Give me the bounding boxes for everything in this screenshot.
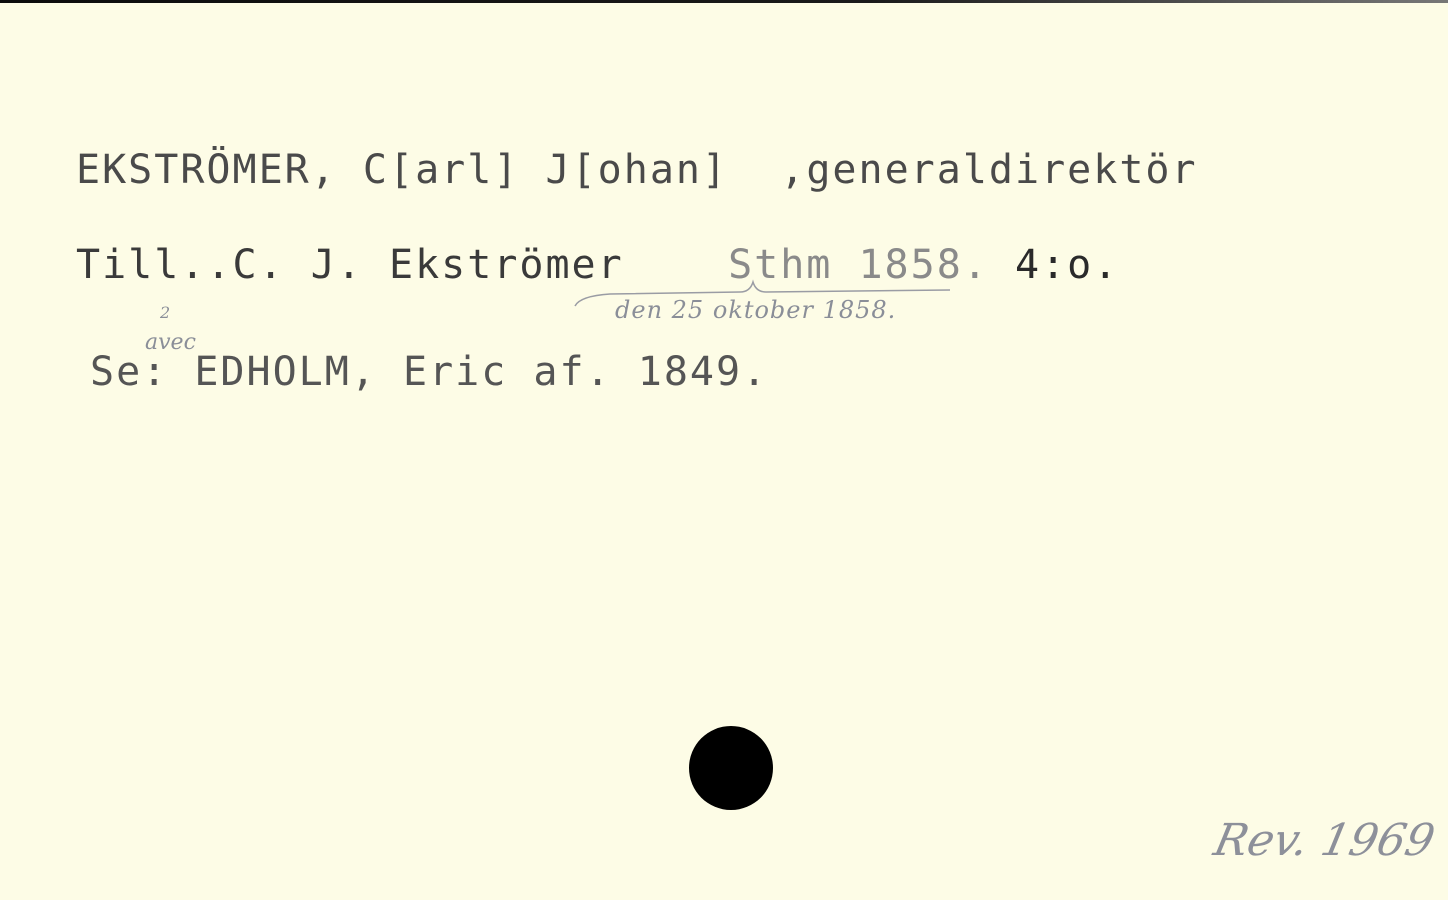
handwritten-revision: Rev. 1969	[1210, 815, 1440, 866]
author-title: ,generaldirektör	[780, 147, 1197, 193]
entry-title: Till..C. J. Ekströmer	[76, 242, 624, 288]
handwritten-date-note: den 25 oktober 1858.	[615, 296, 896, 324]
card-top-edge	[0, 0, 1448, 3]
handwritten-small-mark: 2	[160, 303, 170, 322]
see-reference: EDHOLM, Eric af. 1849.	[194, 349, 768, 395]
author-surname: EKSTRÖMER,	[76, 147, 337, 193]
entry-format: 4:o.	[1015, 242, 1119, 288]
catalog-card: EKSTRÖMER, C[arl] J[ohan] ,generaldirekt…	[0, 0, 1448, 900]
punch-hole	[689, 726, 773, 810]
see-prefix: Se:	[90, 349, 168, 395]
heading-line: EKSTRÖMER, C[arl] J[ohan] ,generaldirekt…	[76, 150, 1198, 190]
see-reference-line: Se: EDHOLM, Eric af. 1849.	[90, 352, 768, 392]
author-given-names: C[arl] J[ohan]	[363, 147, 728, 193]
